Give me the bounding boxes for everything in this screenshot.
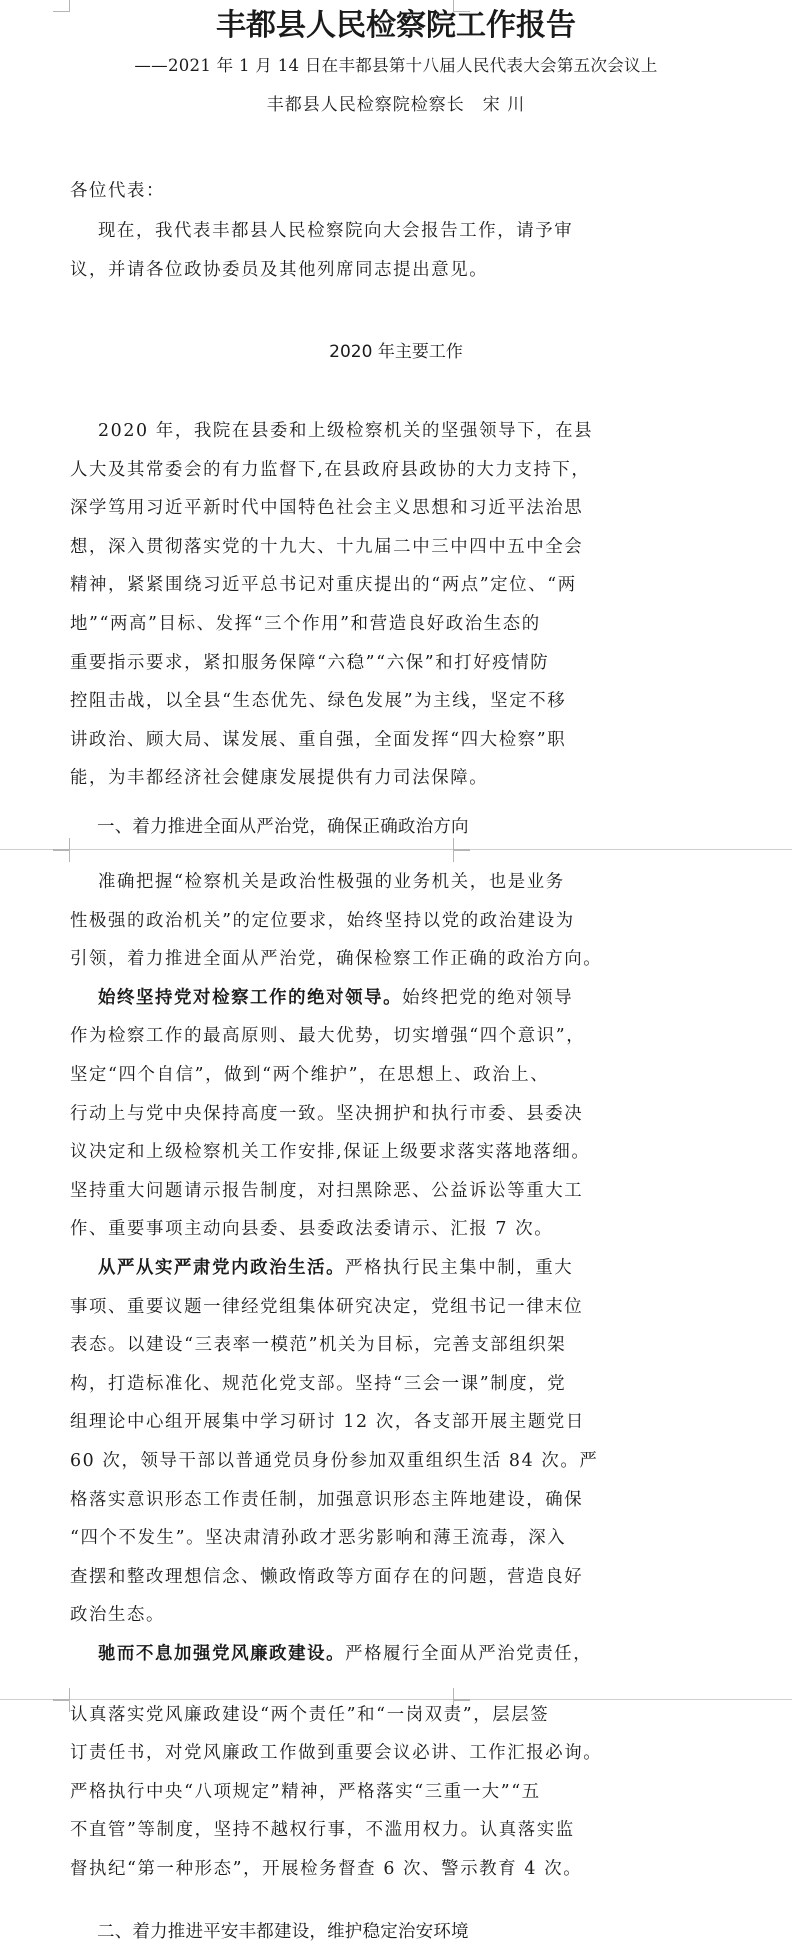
part-one-item3-line: 订责任书，对党风廉政工作做到重要会议必讲、工作汇报必询。	[70, 1738, 602, 1763]
bold-run-in-heading: 始终坚持党对检察工作的绝对领导。	[98, 988, 402, 1008]
part-one-item2-line: 查摆和整改理想信念、懒政惰政等方面存在的问题，营造良好	[70, 1562, 583, 1587]
overview-line: 深学笃用习近平新时代中国特色社会主义思想和习近平法治思	[70, 493, 583, 518]
overview-line: 精神，紧紧围绕习近平总书记对重庆提出的“两点”定位、“两	[70, 570, 577, 595]
intro-line: 议，并请各位政协委员及其他列席同志提出意见。	[70, 255, 488, 280]
part-one-intro-line: 性极强的政治机关”的定位要求，始终坚持以党的政治建设为	[70, 906, 575, 931]
intro-line: 现在，我代表丰都县人民检察院向大会报告工作，请予审	[98, 216, 573, 241]
part-one-item1-line: 作、重要事项主动向县委、县委政法委请示、汇报 7 次。	[70, 1214, 553, 1239]
part-one-intro-line: 引领，着力推进全面从严治党，确保检察工作正确的政治方向。	[70, 944, 602, 969]
bold-run-in-heading: 从严从实严肃党内政治生活。	[98, 1258, 345, 1278]
part-one-item2-line: 格落实意识形态工作责任制，加强意识形态主阵地建设，确保	[70, 1485, 583, 1510]
part-one-item2-line: 政治生态。	[70, 1600, 165, 1625]
section-title: 2020 年主要工作	[0, 337, 792, 362]
part-one-item1-first-line: 始终坚持党对检察工作的绝对领导。始终把党的绝对领导	[98, 983, 573, 1008]
part-one-item1-line: 行动上与党中央保持高度一致。坚决拥护和执行市委、县委决	[70, 1099, 583, 1124]
part-one-item1-line: 作为检察工作的最高原则、最大优势，切实增强“四个意识”，	[70, 1021, 585, 1046]
page-corner-mark	[53, 838, 70, 850]
paragraph-text: 严格履行全面从严治党责任，	[345, 1644, 592, 1664]
page-corner-mark	[453, 838, 470, 850]
document-subtitle: ——2021 年 1 月 14 日在丰都县第十八届人民代表大会第五次会议上	[0, 54, 792, 78]
part-one-item2-line: 事项、重要议题一律经党组集体研究决定，党组书记一律末位	[70, 1292, 583, 1317]
overview-line: 人大及其常委会的有力监督下,在县政府县政协的大力支持下，	[70, 455, 590, 480]
part-one-item2-line: 60 次，领导干部以普通党员身份参加双重组织生活 84 次。严	[70, 1446, 598, 1471]
document-speaker: 丰都县人民检察院检察长 宋 川	[0, 92, 792, 118]
part-one-item3-line: 督执纪“第一种形态”，开展检务督查 6 次、警示教育 4 次。	[70, 1854, 582, 1879]
part-one-item1-line: 坚定“四个自信”，做到“两个维护”，在思想上、政治上、	[70, 1060, 549, 1085]
paragraph-text: 严格执行民主集中制，重大	[345, 1258, 573, 1278]
page-corner-mark	[453, 850, 470, 862]
bold-run-in-heading: 驰而不息加强党风廉政建设。	[98, 1644, 345, 1664]
page-break	[0, 849, 792, 850]
part-one-item3-line: 严格执行中央“八项规定”精神，严格落实“三重一大”“五	[70, 1777, 541, 1802]
part-one-intro-line: 准确把握“检察机关是政治性极强的业务机关，也是业务	[98, 867, 565, 892]
overview-line: 地”“两高”目标、发挥“三个作用”和营造良好政治生态的	[70, 609, 541, 634]
overview-line: 重要指示要求，紧扣服务保障“六稳”“六保”和打好疫情防	[70, 648, 549, 673]
salutation: 各位代表：	[70, 176, 165, 201]
part-one-item3-line: 认真落实党风廉政建设“两个责任”和“一岗双责”，层层签	[70, 1700, 549, 1725]
part-one-item2-first-line: 从严从实严肃党内政治生活。严格执行民主集中制，重大	[98, 1253, 573, 1278]
page-corner-mark	[453, 1700, 470, 1712]
overview-line: 想，深入贯彻落实党的十九大、十九届二中三中四中五中全会	[70, 532, 583, 557]
overview-line: 控阻击战，以全县“生态优先、绿色发展”为主线，坚定不移	[70, 686, 566, 711]
part-one-item2-line: 组理论中心组开展集中学习研讨 12 次，各支部开展主题党日	[70, 1407, 585, 1432]
part-one-heading: 一、着力推进全面从严治党，确保正确政治方向	[97, 813, 469, 838]
part-one-item2-line: 表态。以建设“三表率一模范”机关为目标，完善支部组织架	[70, 1330, 566, 1355]
page-corner-mark	[53, 1688, 70, 1700]
page-corner-mark	[53, 1700, 70, 1712]
page-break	[0, 1699, 792, 1700]
overview-line: 讲政治、顾大局、谋发展、重自强，全面发挥“四大检察”职	[70, 725, 566, 750]
part-one-item1-line: 坚持重大问题请示报告制度，对扫黑除恶、公益诉讼等重大工	[70, 1176, 583, 1201]
part-one-item2-line: 构，打造标准化、规范化党支部。坚持“三会一课”制度，党	[70, 1369, 566, 1394]
page-corner-mark	[453, 1688, 470, 1700]
part-one-item1-line: 议决定和上级检察机关工作安排,保证上级要求落实落地落细。	[70, 1137, 590, 1162]
overview-line: 能，为丰都经济社会健康发展提供有力司法保障。	[70, 763, 488, 788]
part-one-item2-line: “四个不发生”。坚决肃清孙政才恶劣影响和薄王流毒，深入	[70, 1523, 566, 1548]
part-one-item3-line: 不直管”等制度，坚持不越权行事，不滥用权力。认真落实监	[70, 1815, 575, 1840]
part-two-heading: 二、着力推进平安丰都建设，维护稳定治安环境	[97, 1918, 469, 1943]
page-corner-mark	[53, 850, 70, 862]
part-one-item3-first-line: 驰而不息加强党风廉政建设。严格履行全面从严治党责任，	[98, 1639, 592, 1664]
paragraph-text: 始终把党的绝对领导	[402, 988, 573, 1008]
overview-line: 2020 年，我院在县委和上级检察机关的坚强领导下，在县	[98, 416, 593, 441]
document-title: 丰都县人民检察院工作报告	[0, 4, 792, 48]
